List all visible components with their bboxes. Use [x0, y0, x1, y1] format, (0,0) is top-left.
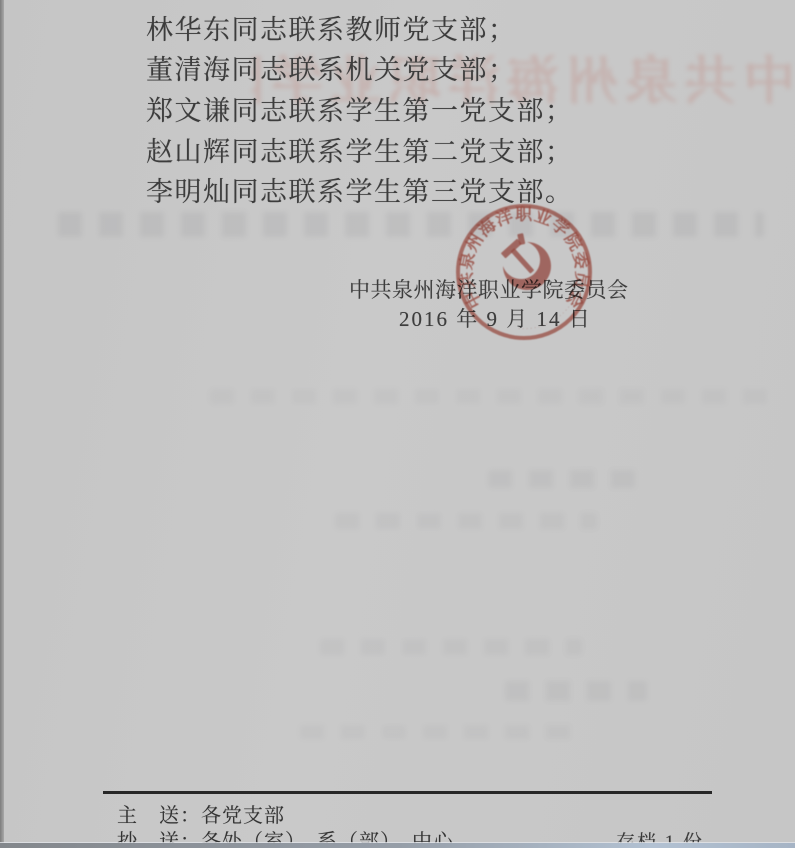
bleedthrough-smudge [335, 513, 597, 529]
footer-main-label: 主 送： [117, 805, 201, 827]
body-line: 赵山辉同志联系学生第二党支部； [146, 130, 574, 169]
bleedthrough-smudge [320, 639, 582, 655]
svg-text:中共泉州海洋职业学院委员会: 中共泉州海洋职业学院委员会 [455, 205, 592, 312]
official-seal: 中共泉州海洋职业学院委员会 ∙∙∙∙∙∙∙∙∙∙∙∙∙∙∙∙ [451, 199, 597, 345]
footer-rule [103, 791, 712, 794]
footer-main-recipient: 主 送：各党支部 [117, 799, 285, 828]
scanned-document-page: 中共泉州海洋职业学院文件 林华东同志联系教师党支部； 董清海同志联系机关党支部；… [0, 0, 795, 848]
body-line: 董清海同志联系机关党支部； [146, 48, 517, 87]
footer-main-value: 各党支部 [201, 805, 285, 827]
seal-arc-text: 中共泉州海洋职业学院委员会 [455, 205, 592, 312]
body-line: 郑文谦同志联系学生第一党支部； [146, 89, 574, 128]
bleedthrough-smudge [58, 212, 764, 237]
bleedthrough-smudge [300, 725, 582, 739]
bleedthrough-smudge [210, 389, 770, 404]
hammer-sickle-icon [501, 233, 551, 290]
body-line: 林华东同志联系教师党支部； [146, 8, 517, 47]
scan-edge-left [0, 0, 4, 848]
bleedthrough-smudge [488, 470, 640, 488]
scan-edge-bottom [0, 843, 795, 848]
bleedthrough-smudge [505, 681, 647, 701]
